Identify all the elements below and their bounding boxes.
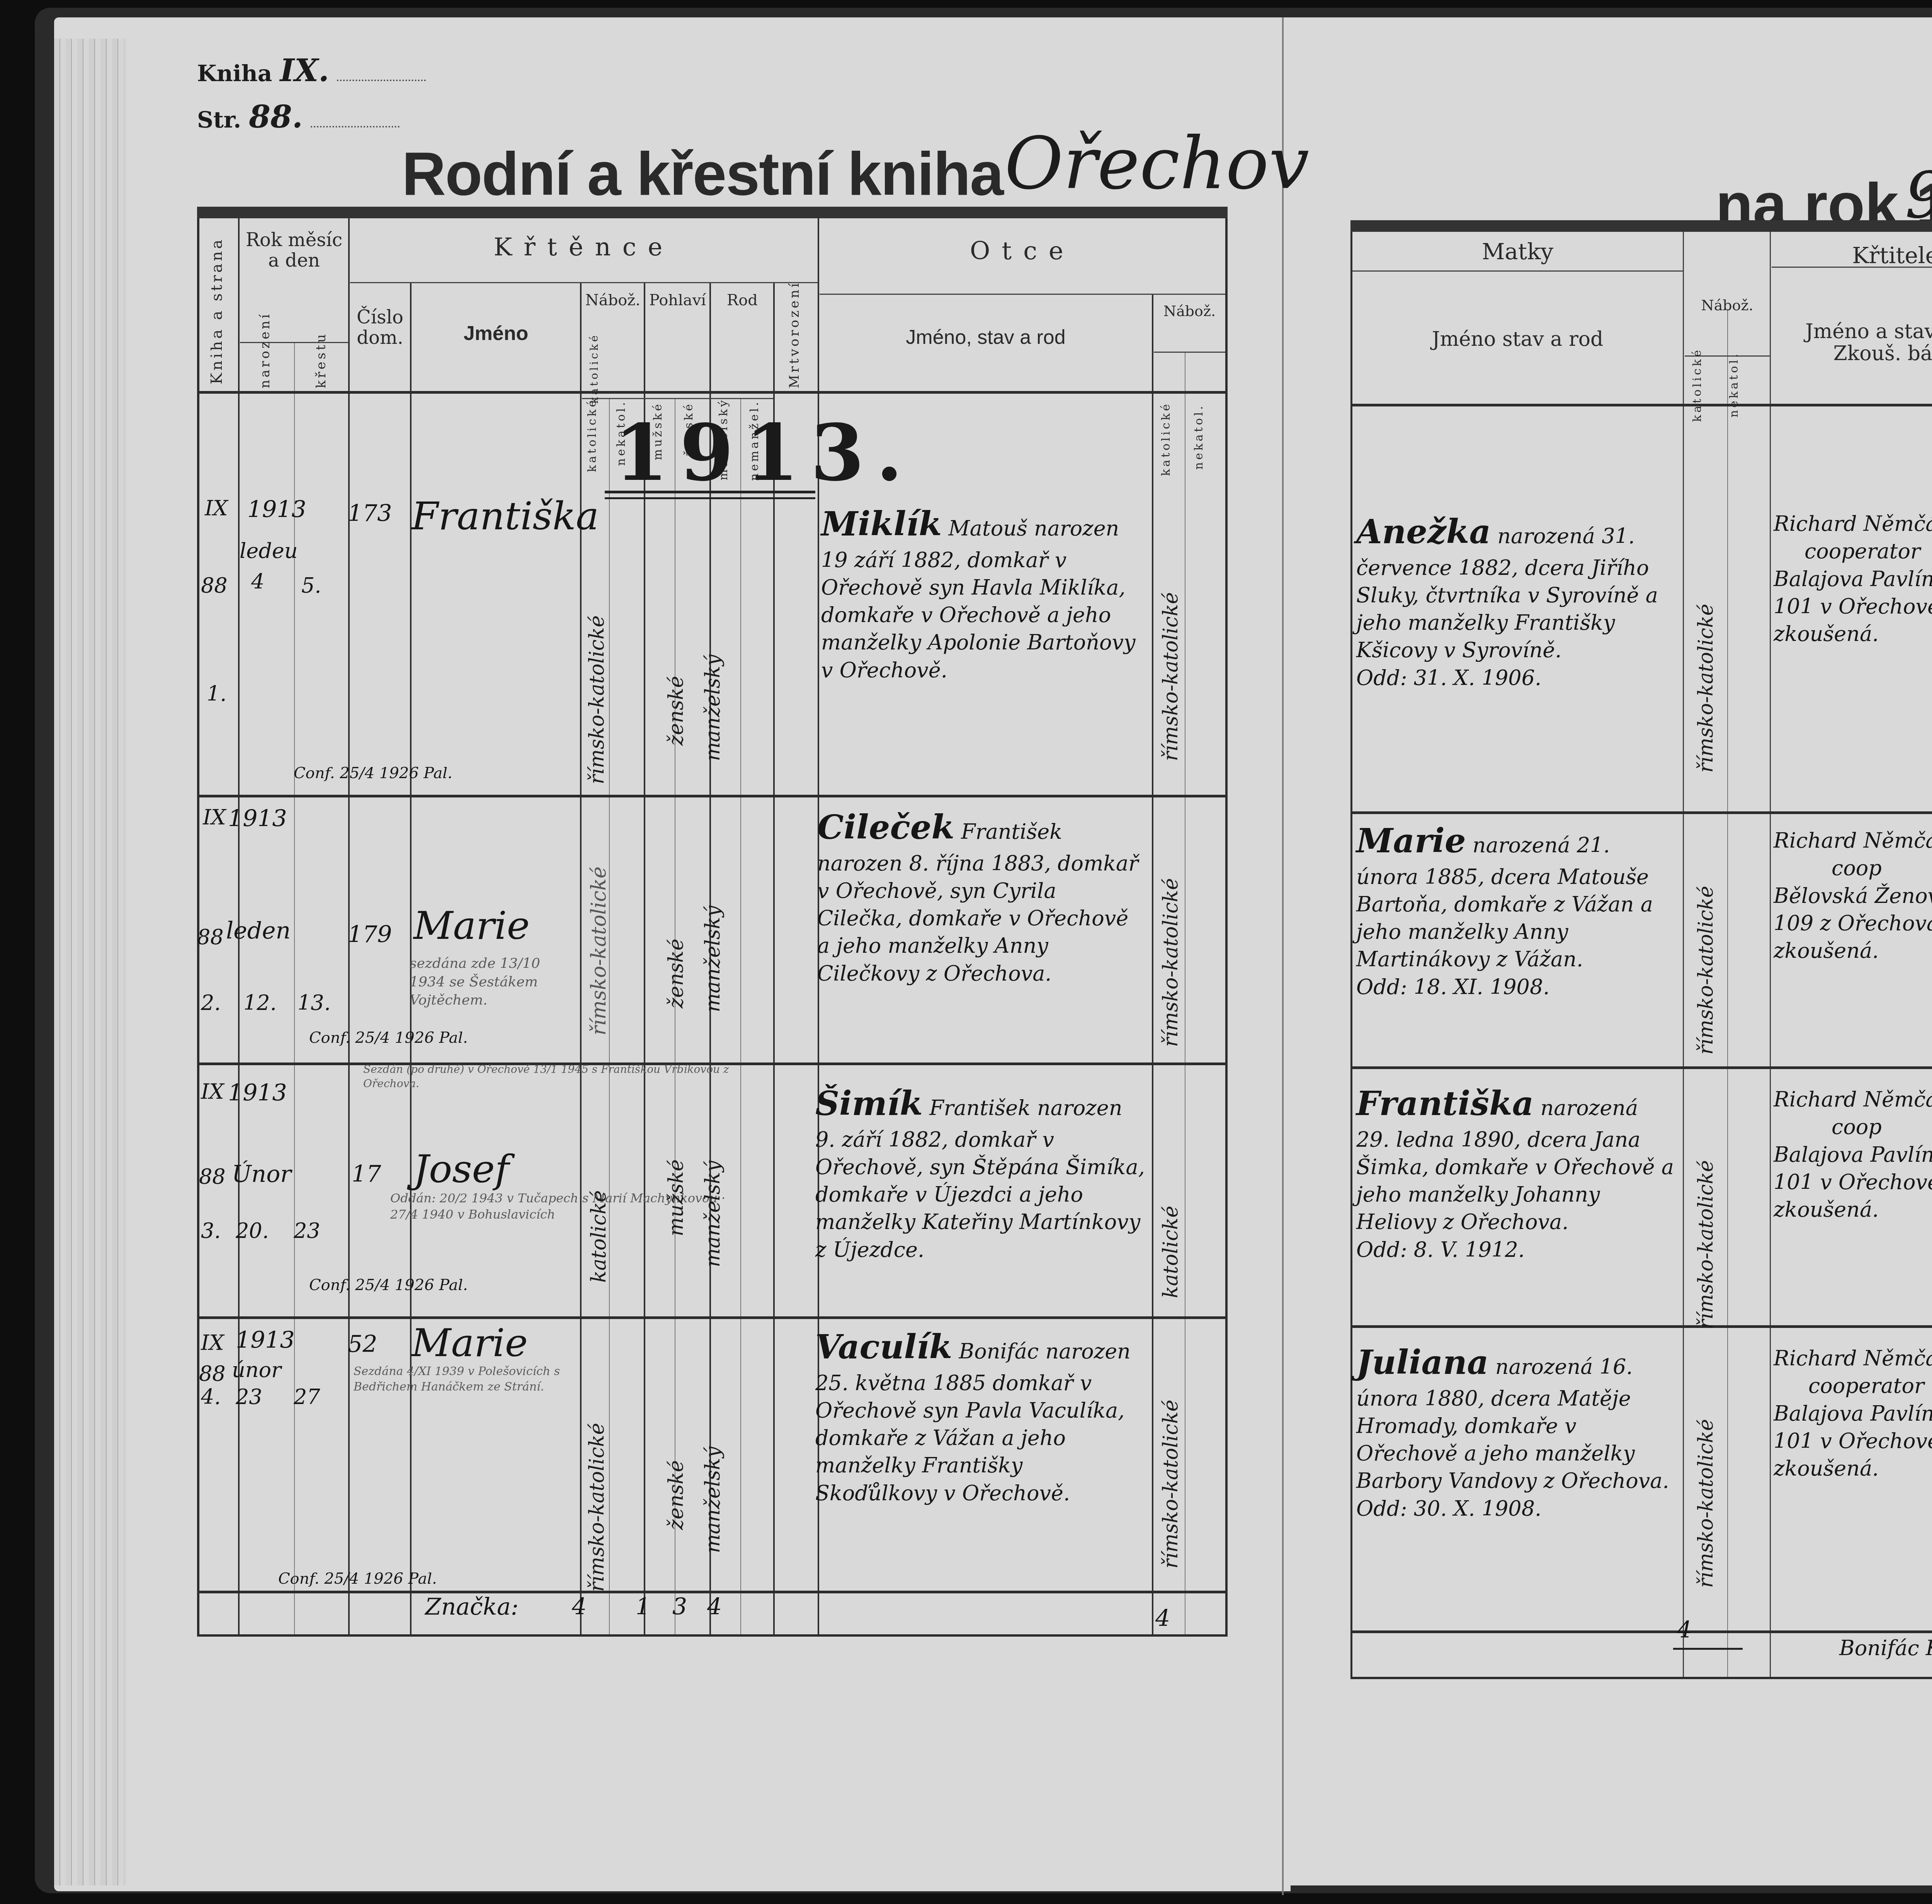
entry-father: Miklík Matouš narozen 19 září 1882, domk…	[821, 502, 1146, 684]
entry-religion: římsko-katolické	[585, 506, 609, 784]
subcol-otce-nekatol: nekatol.	[1192, 404, 1206, 469]
entry-baptism-day: 5.	[301, 572, 321, 599]
year-stamp: 1913.	[614, 408, 914, 498]
summary-underline	[1673, 1648, 1743, 1650]
entry-mother-religion: římsko-katolické	[1694, 815, 1718, 1055]
entry-mother-religion: římsko-katolické	[1694, 1074, 1718, 1329]
summary-religion-count: 4	[572, 1592, 587, 1622]
right-table-top-band	[1350, 220, 1932, 232]
entry-year: 1913	[228, 804, 287, 834]
entry-page: 88	[199, 1163, 226, 1190]
col-matky-jmeno: Jméno stav a rod	[1352, 328, 1683, 350]
entry-father: Cileček František narozen 8. října 1883,…	[817, 806, 1146, 987]
entry-sex: ženské	[665, 862, 688, 1008]
col-narozeni: narození	[257, 350, 273, 388]
summary-legitimate-count: 4	[707, 1592, 722, 1622]
entry-house-number: 52	[348, 1329, 377, 1360]
col-otce-jmeno: Jméno, stav a rod	[820, 326, 1152, 348]
entry-book: IX	[205, 495, 240, 522]
entry-month: leden	[226, 916, 291, 946]
father-surname: Vaculík	[815, 1328, 952, 1367]
col-matky: Matky	[1352, 240, 1683, 264]
col-krtitele-jmeno: Jméno a stav jeho Zkouš. bába	[1776, 321, 1932, 365]
entry-religion: římsko-katolické	[585, 1329, 609, 1592]
entry-father-religion: římsko-katolické	[1159, 483, 1182, 761]
col-kniha-strana: Kniha a strana	[208, 269, 226, 384]
summary-father-religion-count: 4	[1155, 1603, 1170, 1634]
entry-number: 1.	[207, 680, 241, 707]
entry-confirmation-note: Conf. 25/4 1926 Pal.	[309, 1275, 468, 1295]
entry-legitimacy: manželský	[701, 1093, 724, 1267]
parish-name: Ořechov	[1005, 122, 1309, 205]
entry-book: IX	[203, 804, 226, 831]
entry-sex: ženské	[665, 572, 688, 746]
entry-mother: Anežka narozená 31. července 1882, dcera…	[1356, 510, 1677, 692]
col-cislo-dom: Číslo dom.	[350, 307, 410, 348]
entry-baptist: Richard Němčák coop Bělovská Ženovefa č:…	[1774, 827, 1932, 964]
entry-month: ledeu	[240, 537, 298, 564]
col-naboz: Nábož.	[582, 292, 644, 309]
entry-top-marriage-note: Sezdán (po druhé) v Ořechově 13/1 1945 s…	[363, 1062, 788, 1091]
entry-sex: mužské	[665, 1105, 688, 1236]
entry-baptism-day: 27	[294, 1383, 320, 1411]
entry-baptism-day: 23	[294, 1217, 320, 1244]
col-krtence: Křtěnce	[350, 234, 818, 261]
entry-mother: Marie narozená 21. února 1885, dcera Mat…	[1356, 819, 1677, 1001]
entry-number: 4.	[201, 1383, 221, 1411]
entry-book: IX	[201, 1078, 224, 1105]
col-rod: Rod	[711, 292, 773, 309]
col-pohlavi: Pohlaví	[646, 292, 709, 309]
entry-year: 1913	[228, 1078, 287, 1108]
subcol-matky-katolicke: katolické	[1690, 348, 1704, 422]
baptist-name: Richard Němčák	[1774, 510, 1932, 537]
left-page-edges	[54, 39, 126, 1885]
entry-house-number: 179	[348, 920, 392, 950]
entry-month: únor	[232, 1356, 281, 1384]
entry-year: 1913	[236, 1325, 295, 1356]
entry-father: Vaculík Bonifác narozen 25. května 1885 …	[815, 1325, 1148, 1507]
entry-marriage-note: sezdána zde 13/10 1934 se Šestákem Vojtě…	[410, 954, 572, 1010]
page-number-value: 88.	[249, 99, 303, 135]
col-jmeno: Jméno	[412, 323, 580, 345]
entry-mother: Juliana narozená 16. února 1880, dcera M…	[1356, 1341, 1677, 1522]
col-mrtvorozeni: Mrtvorození	[787, 296, 802, 388]
father-surname: Cileček	[817, 808, 954, 847]
mother-marriage-date: Odd: 31. X. 1906.	[1356, 666, 1541, 690]
entry-baptist: Richard Němčák coop Balajova Pavlína č: …	[1774, 1086, 1932, 1223]
entry-month: Únor	[232, 1159, 291, 1190]
summary-male-count: 1	[636, 1592, 650, 1622]
entry-legitimacy: manželský	[701, 568, 724, 761]
father-surname: Šimík	[815, 1084, 923, 1123]
col-otce: Otce	[820, 238, 1225, 265]
col-krestu: křestu	[313, 350, 329, 388]
subcol-katolicke: katolické	[585, 398, 599, 472]
entry-page: 88	[201, 572, 236, 599]
entry-baptist: Richard Němčák cooperator Balajova Pavlí…	[1774, 510, 1932, 648]
entry-baptist: Richard Němčák cooperator Balajova Pavlí…	[1774, 1345, 1932, 1482]
col-matky-naboz: Nábož.	[1685, 297, 1770, 314]
entry-mother-religion: římsko-katolické	[1694, 1333, 1718, 1588]
page-number: Str. 88.	[197, 99, 400, 135]
book-gutter	[1282, 17, 1284, 1895]
entry-house-number: 17	[352, 1159, 381, 1190]
mother-name: Anežka	[1356, 512, 1491, 551]
entry-number: 3.	[201, 1217, 221, 1244]
entry-birth-day: 12.	[243, 989, 277, 1017]
entry-child-name: Josef	[413, 1144, 509, 1195]
entry-house-number: 173	[348, 498, 392, 529]
entry-father: Šimík František narozen 9. září 1882, do…	[815, 1082, 1148, 1263]
entry-number: 2.	[201, 989, 221, 1017]
entry-birth-day: 20.	[236, 1217, 269, 1244]
signature-name: Bonifác Kittrich	[1839, 1634, 1932, 1662]
entry-baptism-day: 13.	[298, 989, 331, 1017]
entry-page: 88	[197, 923, 224, 951]
book-number: Kniha IX.	[197, 52, 426, 88]
subcol-otce-katolicke: katolické	[1159, 402, 1173, 476]
register-title: Rodní a křestní kniha	[402, 139, 1003, 209]
col-otce-naboz: Nábož.	[1154, 303, 1225, 320]
col-rok-mesic-den: Rok měsíc a den	[240, 230, 348, 271]
col-krtitele: Křtitele	[1772, 243, 1932, 268]
entry-religion: katolické	[587, 1082, 611, 1283]
entry-father-religion: katolické	[1159, 1082, 1182, 1298]
entry-legitimacy: manželský	[701, 1352, 724, 1553]
entry-marriage-note: Sezdána 4/XI 1939 v Polešovicích s Bedři…	[354, 1364, 570, 1394]
summary-mother-religion-count: 4	[1677, 1615, 1692, 1646]
entry-legitimacy: manželský	[701, 846, 724, 1012]
entry-father-religion: římsko-katolické	[1159, 815, 1182, 1047]
entry-birth-day: 4	[251, 568, 264, 595]
left-table-top-band	[197, 207, 1228, 218]
entry-child-name: Marie	[413, 900, 530, 951]
father-surname: Miklík	[821, 505, 942, 544]
book-number-value: IX.	[280, 52, 329, 88]
baptist-role: cooperator	[1774, 537, 1932, 565]
entry-mother-religion: římsko-katolické	[1694, 487, 1718, 773]
entry-father-religion: římsko-katolické	[1159, 1321, 1182, 1569]
summary-label: Značka:	[425, 1592, 519, 1622]
entry-book: IX	[201, 1329, 224, 1357]
summary-female-count: 3	[672, 1592, 687, 1622]
entry-child-name: Františka	[412, 491, 599, 542]
entry-confirmation-note: Conf. 25/4 1926 Pal.	[278, 1569, 437, 1589]
entry-confirmation-note: Conf. 25/4 1926 Pal.	[309, 1028, 468, 1048]
entry-confirmation-note: Conf. 25/4 1926 Pal.	[294, 763, 452, 784]
entry-mother: Františka narozená 29. ledna 1890, dcera…	[1356, 1082, 1677, 1263]
entry-sex: ženské	[665, 1379, 688, 1530]
entry-birth-day: 23	[236, 1383, 262, 1411]
midwife: Balajova Pavlína č: 101 v Ořechově zkouš…	[1774, 565, 1932, 648]
entry-year: 1913	[247, 495, 306, 525]
entry-religion: římsko-katolické	[587, 819, 611, 1035]
subcol-matky-nekatol: nekatol.	[1727, 352, 1741, 417]
entry-child-name: Marie	[412, 1317, 528, 1368]
year-stamp-rule	[605, 491, 815, 499]
